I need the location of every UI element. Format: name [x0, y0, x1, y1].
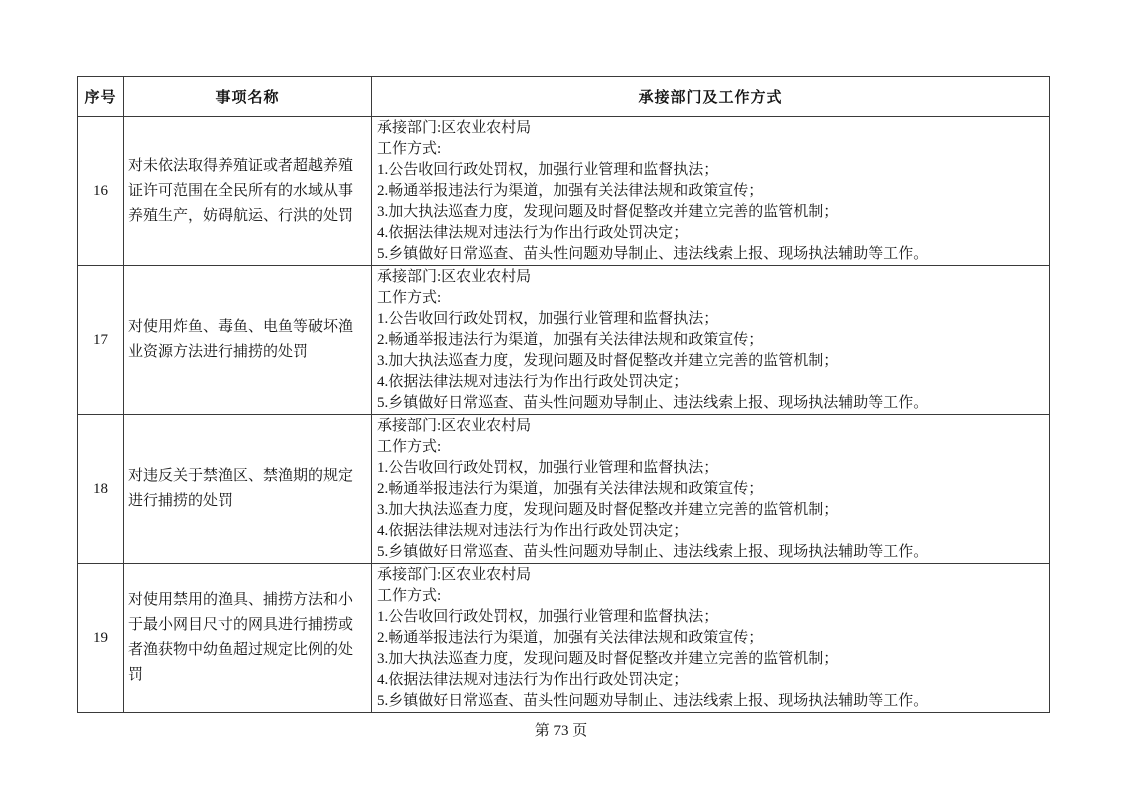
method-line-3: 3.加大执法巡查力度，发现问题及时督促整改并建立完善的监管机制； [377, 500, 1045, 521]
method-line-5: 5.乡镇做好日常巡查、苗头性问题劝导制止、违法线索上报、现场执法辅助等工作。 [377, 393, 1045, 414]
department-line: 承接部门:区农业农村局 [377, 267, 1045, 288]
method-line-4: 4.依据法律法规对违法行为作出行政处罚决定； [377, 372, 1045, 393]
method-line-5: 5.乡镇做好日常巡查、苗头性问题劝导制止、违法线索上报、现场执法辅助等工作。 [377, 244, 1045, 265]
table-row: 16 对未依法取得养殖证或者超越养殖证许可范围在全民所有的水域从事养殖生产，妨碍… [78, 117, 1050, 266]
method-line-1: 1.公告收回行政处罚权，加强行业管理和监督执法； [377, 458, 1045, 479]
department-method-cell: 承接部门:区农业农村局 工作方式: 1.公告收回行政处罚权，加强行业管理和监督执… [372, 117, 1050, 266]
department-method-cell: 承接部门:区农业农村局 工作方式: 1.公告收回行政处罚权，加强行业管理和监督执… [372, 266, 1050, 415]
table-row: 19 对使用禁用的渔具、捕捞方法和小于最小网目尺寸的网具进行捕捞或者渔获物中幼鱼… [78, 564, 1050, 713]
item-name-text: 对使用炸鱼、毒鱼、电鱼等破坏渔业资源方法进行捕捞的处罚 [124, 315, 371, 365]
method-line-5: 5.乡镇做好日常巡查、苗头性问题劝导制止、违法线索上报、现场执法辅助等工作。 [377, 691, 1045, 712]
method-line-3: 3.加大执法巡查力度，发现问题及时督促整改并建立完善的监管机制； [377, 202, 1045, 223]
penalty-items-table: 序号 事项名称 承接部门及工作方式 16 对未依法取得养殖证或者超越养殖证许可范… [77, 76, 1050, 713]
method-label: 工作方式: [377, 288, 1045, 309]
method-line-4: 4.依据法律法规对违法行为作出行政处罚决定； [377, 223, 1045, 244]
header-item-name: 事项名称 [124, 77, 372, 117]
item-name-text: 对未依法取得养殖证或者超越养殖证许可范围在全民所有的水域从事养殖生产，妨碍航运、… [124, 154, 371, 229]
page-number-footer: 第 73 页 [0, 719, 1122, 740]
document-page: 序号 事项名称 承接部门及工作方式 16 对未依法取得养殖证或者超越养殖证许可范… [0, 0, 1122, 793]
table-header-row: 序号 事项名称 承接部门及工作方式 [78, 77, 1050, 117]
table-row: 17 对使用炸鱼、毒鱼、电鱼等破坏渔业资源方法进行捕捞的处罚 承接部门:区农业农… [78, 266, 1050, 415]
item-name-text: 对使用禁用的渔具、捕捞方法和小于最小网目尺寸的网具进行捕捞或者渔获物中幼鱼超过规… [124, 588, 371, 688]
method-line-1: 1.公告收回行政处罚权，加强行业管理和监督执法； [377, 160, 1045, 181]
method-line-2: 2.畅通举报违法行为渠道，加强有关法律法规和政策宣传； [377, 479, 1045, 500]
method-line-4: 4.依据法律法规对违法行为作出行政处罚决定； [377, 670, 1045, 691]
header-serial-number: 序号 [78, 77, 124, 117]
method-line-3: 3.加大执法巡查力度，发现问题及时督促整改并建立完善的监管机制； [377, 351, 1045, 372]
item-name-text: 对违反关于禁渔区、禁渔期的规定进行捕捞的处罚 [124, 464, 371, 514]
method-line-5: 5.乡镇做好日常巡查、苗头性问题劝导制止、违法线索上报、现场执法辅助等工作。 [377, 542, 1045, 563]
row-serial-number: 17 [78, 266, 124, 415]
method-label: 工作方式: [377, 437, 1045, 458]
department-line: 承接部门:区农业农村局 [377, 416, 1045, 437]
method-line-2: 2.畅通举报违法行为渠道，加强有关法律法规和政策宣传； [377, 181, 1045, 202]
row-serial-number: 16 [78, 117, 124, 266]
method-line-1: 1.公告收回行政处罚权，加强行业管理和监督执法； [377, 607, 1045, 628]
row-serial-number: 19 [78, 564, 124, 713]
method-label: 工作方式: [377, 139, 1045, 160]
method-line-1: 1.公告收回行政处罚权，加强行业管理和监督执法； [377, 309, 1045, 330]
method-label: 工作方式: [377, 586, 1045, 607]
method-line-2: 2.畅通举报违法行为渠道，加强有关法律法规和政策宣传； [377, 628, 1045, 649]
row-serial-number: 18 [78, 415, 124, 564]
department-line: 承接部门:区农业农村局 [377, 118, 1045, 139]
method-line-3: 3.加大执法巡查力度，发现问题及时督促整改并建立完善的监管机制； [377, 649, 1045, 670]
department-method-cell: 承接部门:区农业农村局 工作方式: 1.公告收回行政处罚权，加强行业管理和监督执… [372, 415, 1050, 564]
department-method-cell: 承接部门:区农业农村局 工作方式: 1.公告收回行政处罚权，加强行业管理和监督执… [372, 564, 1050, 713]
header-department-method: 承接部门及工作方式 [372, 77, 1050, 117]
item-name-cell: 对违反关于禁渔区、禁渔期的规定进行捕捞的处罚 [124, 415, 372, 564]
table-row: 18 对违反关于禁渔区、禁渔期的规定进行捕捞的处罚 承接部门:区农业农村局 工作… [78, 415, 1050, 564]
item-name-cell: 对使用禁用的渔具、捕捞方法和小于最小网目尺寸的网具进行捕捞或者渔获物中幼鱼超过规… [124, 564, 372, 713]
item-name-cell: 对使用炸鱼、毒鱼、电鱼等破坏渔业资源方法进行捕捞的处罚 [124, 266, 372, 415]
method-line-4: 4.依据法律法规对违法行为作出行政处罚决定； [377, 521, 1045, 542]
item-name-cell: 对未依法取得养殖证或者超越养殖证许可范围在全民所有的水域从事养殖生产，妨碍航运、… [124, 117, 372, 266]
method-line-2: 2.畅通举报违法行为渠道，加强有关法律法规和政策宣传； [377, 330, 1045, 351]
department-line: 承接部门:区农业农村局 [377, 565, 1045, 586]
